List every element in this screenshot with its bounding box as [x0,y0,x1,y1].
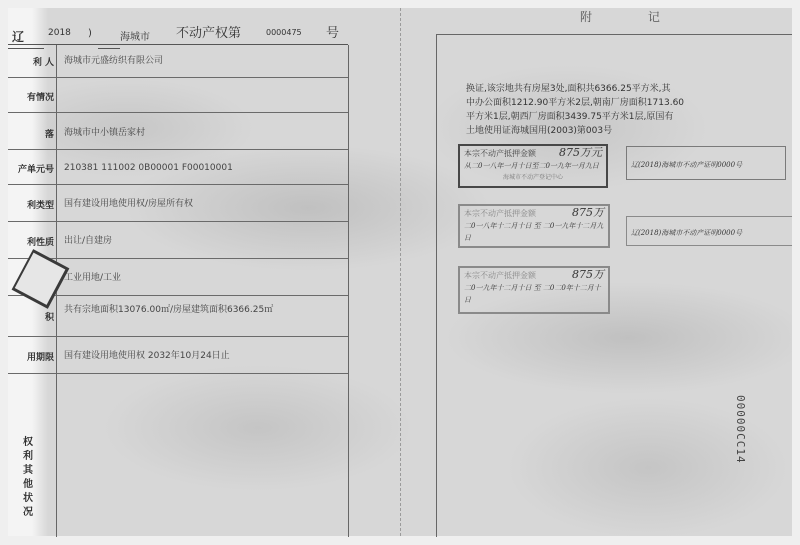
table-row-owner: 利 人 海城市元盛纺织有限公司 [8,45,348,78]
row-label: 落 [8,127,54,140]
header-suffix: 号 [326,22,339,41]
stamp-text: 辽(2018)海城市不动产证明0000号 [631,159,781,171]
serial-number: 00000CC14 [734,395,747,464]
stamp-dates: 从二0一八年一月十日至二0一九年一月九日 [464,160,602,172]
mortgage-stamp: 本宗不动产抵押金额 875万 二0一八年十二月十日 至 二0一九年十二月九日 [458,204,610,248]
certificate-table: 利 人 海城市元盛纺织有限公司 有情况 落 海城市中小镇岳家村 产单元号 210… [8,44,348,537]
row-value: 出让/自建房 [64,235,334,247]
certificate-reference-stamp: 辽(2018)海城市不动产证明0000号 [626,216,796,246]
page-edge [792,8,800,536]
scanned-document: 辽 2018 ) 海城市 不动产权第 0000475 号 利 人 海城市元盛纺织… [8,8,792,536]
stamp-dates: 二0一九年十二月十日 至 二0二0年十二月十日 [464,282,604,306]
annex-line: 中办公面积1212.90平方米2层,朝南厂房面积1713.60 [466,96,766,110]
header-title: 不动产权第 [176,22,241,41]
row-value: 海城市元盛纺织有限公司 [64,55,334,67]
table-row-location: 落 海城市中小镇岳家村 [8,113,348,150]
annex-line: 换证,该宗地共有房屋3处,面积共6366.25平方米,其 [466,82,766,96]
row-label: 利性质 [8,235,54,248]
stamp-amount: 875万元 [559,147,602,159]
table-row-area: 积 共有宗地面积13076.00㎡/房屋建筑面积6366.25㎡ [8,296,348,337]
annex-title: 附 记 [580,8,686,25]
row-value: 国有建设用地使用权 2032年10月24日止 [64,350,334,362]
annex-line: 土地使用证海城国用(2003)第003号 [466,124,766,138]
stamp-amount: 875万 [572,269,604,281]
header-paren: ) [88,28,92,39]
header-year: 2018 [48,28,71,38]
left-page: 辽 2018 ) 海城市 不动产权第 0000475 号 利 人 海城市元盛纺织… [8,8,400,536]
row-label: 积 [8,310,54,323]
header-city: 海城市 [120,28,150,43]
mortgage-stamp: 本宗不动产抵押金额 875万 二0一九年十二月十日 至 二0二0年十二月十日 [458,266,610,314]
table-row-co-ownership: 有情况 [8,78,348,113]
table-row-other-rights [8,374,348,537]
table-row-right-type: 利类型 国有建设用地使用权/房屋所有权 [8,185,348,222]
stamp-dates: 二0一八年十二月十日 至 二0一九年十二月九日 [464,220,604,244]
certificate-number: 0000475 [266,28,302,37]
row-value: 210381 111002 0B00001 F00010001 [64,162,334,174]
row-value: 海城市中小镇岳家村 [64,127,334,139]
annex-text: 换证,该宗地共有房屋3处,面积共6366.25平方米,其 中办公面积1212.9… [466,82,766,138]
stamp-text: 辽(2018)海城市不动产证明0000号 [631,227,791,239]
row-value: 工业用地/工业 [64,272,334,284]
mortgage-stamp: 本宗不动产抵押金额 875万元 从二0一八年一月十日至二0一九年一月九日 海城市… [458,144,608,188]
other-rights-label: 权利其他状况 [22,436,34,520]
row-value: 国有建设用地使用权/房屋所有权 [64,198,334,210]
row-label: 用期限 [8,350,54,363]
row-value: 共有宗地面积13076.00㎡/房屋建筑面积6366.25㎡ [64,304,334,316]
row-label: 利类型 [8,198,54,211]
row-label: 利 人 [8,55,54,68]
row-label: 产单元号 [8,162,54,175]
table-row-term: 用期限 国有建设用地使用权 2032年10月24日止 [8,337,348,374]
stamp-footer: 海城市不动产登记中心 [464,172,602,184]
table-row-unit-number: 产单元号 210381 111002 0B00001 F00010001 [8,150,348,185]
table-border [348,45,349,537]
table-row-right-nature: 利性质 出让/自建房 [8,222,348,259]
annex-line: 平方米1层,朝西厂房面积3439.75平方米1层,原国有 [466,110,766,124]
header-prefix: 辽 [12,28,24,45]
row-label: 有情况 [8,90,54,103]
certificate-reference-stamp: 辽(2018)海城市不动产证明0000号 [626,146,786,180]
stamp-amount: 875万 [572,207,604,219]
